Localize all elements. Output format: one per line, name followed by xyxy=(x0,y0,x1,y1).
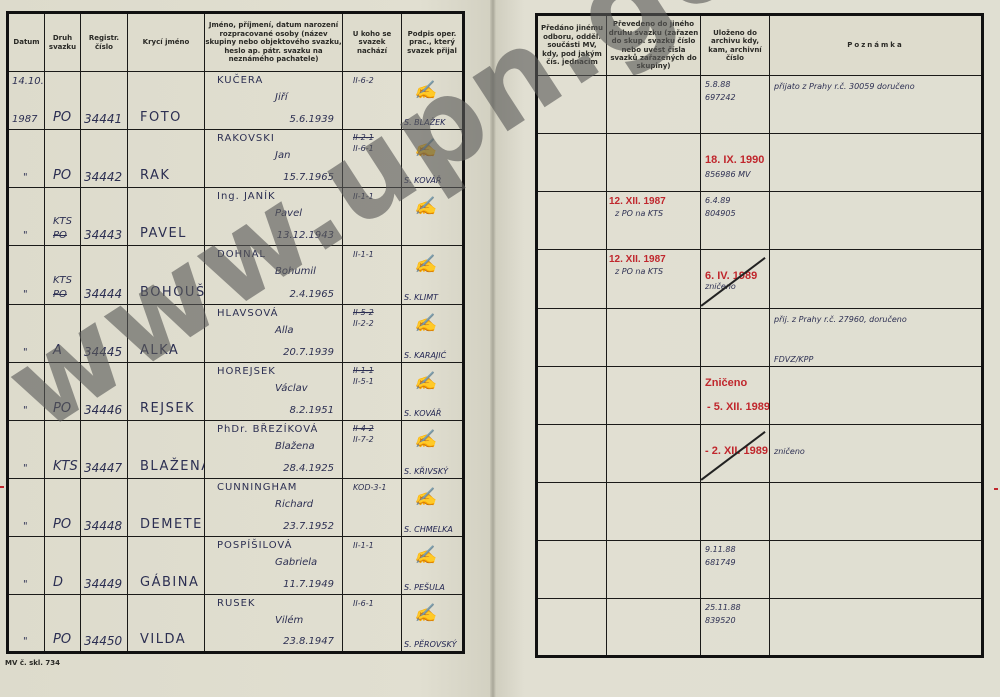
druh: PO xyxy=(53,168,71,183)
registr-number: 34443 xyxy=(84,228,122,242)
signature-icon: ✍ xyxy=(414,254,436,275)
cell-jmeno: RUSEKVilém23.8.1947 xyxy=(205,595,343,653)
cell-datum: 14.10.1987 xyxy=(8,72,45,130)
cell-ulozeno: 25.11.88839520 xyxy=(701,599,770,657)
druh: A xyxy=(53,343,62,358)
cell-jmeno: Ing. JANÍKPavel13.12.1943 xyxy=(205,188,343,246)
ledger-row: - 2. XII. 1989zničeno xyxy=(537,425,983,483)
location: II-6-2 xyxy=(353,76,374,85)
cell-poznamka xyxy=(770,367,983,425)
kryci-jmeno: GÁBINA xyxy=(140,575,199,590)
cell-kryci: FOTO xyxy=(128,72,205,130)
kryci-jmeno: BLAŽENA xyxy=(140,459,205,474)
cell-u-koho: II-1-1 xyxy=(343,246,402,305)
registr-number: 34447 xyxy=(84,461,122,475)
cell-u-koho: II-1-1II-5-1 xyxy=(343,363,402,421)
archive-number: 839520 xyxy=(705,616,736,625)
cell-prevedeno xyxy=(607,367,701,425)
location: II-6-1 xyxy=(353,599,374,608)
cell-podpis: ✍S. KOVÁŘ xyxy=(402,363,464,421)
surname: RAKOVSKI xyxy=(217,133,275,144)
cell-datum: " xyxy=(8,479,45,537)
margin-mark xyxy=(994,488,998,490)
cell-predano xyxy=(537,76,607,134)
cell-kryci: BOHOUŠ xyxy=(128,246,205,305)
ledger-row: "A34445ALKAHLAVSOVÁAlla20.7.1939II-5-2II… xyxy=(8,305,464,363)
cell-podpis: ✍S. KLIMT xyxy=(402,246,464,305)
officer-name: S. CHMELKA xyxy=(404,525,453,534)
surname: Ing. JANÍK xyxy=(217,191,276,202)
archive-number: 681749 xyxy=(705,558,736,567)
cell-prevedeno xyxy=(607,134,701,192)
registr-number: 34444 xyxy=(84,287,122,301)
cell-poznamka: přij. z Prahy r.č. 27960, doručenoFDVZ/K… xyxy=(770,309,983,367)
cell-podpis: ✍S. CHMELKA xyxy=(402,479,464,537)
form-number: MV č. skl. 734 xyxy=(5,659,60,667)
ledger-row: 12. XII. 1987z PO na KTS6. IV. 1989zniče… xyxy=(537,250,983,309)
given-name: Pavel xyxy=(275,208,302,219)
margin-mark xyxy=(0,486,4,488)
registr-number: 34446 xyxy=(84,403,122,417)
cell-prevedeno xyxy=(607,599,701,657)
datum-day: 14.10. xyxy=(12,76,44,87)
cell-podpis: ✍S. PĚROVSKÝ xyxy=(402,595,464,653)
header-predano: Předáno jinému odboru, odděl. součásti M… xyxy=(537,15,607,76)
surname: HLAVSOVÁ xyxy=(217,308,278,319)
cell-registr: 34441 xyxy=(81,72,128,130)
registr-number: 34449 xyxy=(84,577,122,591)
cell-prevedeno xyxy=(607,541,701,599)
header-podpis: Podpis oper. prac., který svazek přijal xyxy=(402,13,464,72)
ledger-row: "PO34442RAKRAKOVSKIJan15.7.1965II-2-1II-… xyxy=(8,130,464,188)
cell-ulozeno: 6. IV. 1989zničeno xyxy=(701,250,770,309)
location: II-5-1 xyxy=(353,377,374,386)
cell-datum: " xyxy=(8,188,45,246)
cell-poznamka xyxy=(770,483,983,541)
cell-druh: KTS xyxy=(45,421,81,479)
cell-druh: PO xyxy=(45,595,81,653)
cell-datum: " xyxy=(8,421,45,479)
cell-poznamka xyxy=(770,250,983,309)
datum-year: " xyxy=(23,289,28,300)
note: přij. z Prahy r.č. 27960, doručeno xyxy=(774,315,907,324)
location-old: II-2-1 xyxy=(353,133,374,142)
druh: PO xyxy=(53,517,71,532)
header-jmeno: Jméno, příjmení, datum narození rozpraco… xyxy=(205,13,343,72)
location: II-1-1 xyxy=(353,192,374,201)
datum-year: 1987 xyxy=(12,114,37,125)
cell-jmeno: CUNNINGHAMRichard23.7.1952 xyxy=(205,479,343,537)
given-name: Gabriela xyxy=(275,557,317,568)
registr-number: 34448 xyxy=(84,519,122,533)
given-name: Blažena xyxy=(275,441,315,452)
cell-druh: D xyxy=(45,537,81,595)
druh: KTS xyxy=(53,459,78,474)
cell-poznamka xyxy=(770,541,983,599)
cell-druh: PO xyxy=(45,363,81,421)
birth-date: 23.8.1947 xyxy=(283,636,334,647)
location: II-1-1 xyxy=(353,250,374,259)
cell-podpis: ✍S. KŘIVSKÝ xyxy=(402,421,464,479)
birth-date: 15.7.1965 xyxy=(283,172,334,183)
cell-prevedeno: 12. XII. 1987z PO na KTS xyxy=(607,250,701,309)
registr-number: 34445 xyxy=(84,345,122,359)
surname: HOREJSEK xyxy=(217,366,276,377)
cell-jmeno: KUČERAJiří5.6.1939 xyxy=(205,72,343,130)
location: KOD-3-1 xyxy=(353,483,386,492)
surname: PhDr. BŘEZÍKOVÁ xyxy=(217,424,318,435)
cell-poznamka: zničeno xyxy=(770,425,983,483)
surname: DOHNAL xyxy=(217,249,266,260)
cell-jmeno: RAKOVSKIJan15.7.1965 xyxy=(205,130,343,188)
birth-date: 11.7.1949 xyxy=(283,579,334,590)
archive-date: 9.11.88 xyxy=(705,545,736,554)
cell-predano xyxy=(537,367,607,425)
cell-jmeno: POSPÍŠILOVÁGabriela11.7.1949 xyxy=(205,537,343,595)
ledger-row: 18. IX. 1990856986 MV xyxy=(537,134,983,192)
druh: D xyxy=(53,575,63,590)
cell-podpis: ✍S. KARAJIĆ xyxy=(402,305,464,363)
signature-icon: ✍ xyxy=(414,80,436,101)
kryci-jmeno: BOHOUŠ xyxy=(140,285,205,300)
transfer-note: z PO na KTS xyxy=(615,209,663,218)
cell-predano xyxy=(537,541,607,599)
archive-stamp: 18. IX. 1990 xyxy=(705,154,764,166)
given-name: Richard xyxy=(275,499,313,510)
kryci-jmeno: PAVEL xyxy=(140,226,187,241)
birth-date: 2.4.1965 xyxy=(289,289,334,300)
surname: POSPÍŠILOVÁ xyxy=(217,540,292,551)
cell-registr: 34443 xyxy=(81,188,128,246)
birth-date: 23.7.1952 xyxy=(283,521,334,532)
location-old: II-4-2 xyxy=(353,424,374,433)
header-prevedeno: Převedeno do jiného druhu svazku (zařaze… xyxy=(607,15,701,76)
surname: RUSEK xyxy=(217,598,256,609)
druh-new: KTS xyxy=(53,216,72,227)
given-name: Vilém xyxy=(275,615,303,626)
archive-number: 804905 xyxy=(705,209,736,218)
datum-year: " xyxy=(23,579,28,590)
book-gutter xyxy=(490,0,496,697)
cell-prevedeno xyxy=(607,309,701,367)
birth-date: 13.12.1943 xyxy=(277,230,334,241)
datum-year: " xyxy=(23,405,28,416)
druh-new: KTS xyxy=(53,275,72,286)
cell-jmeno: HLAVSOVÁAlla20.7.1939 xyxy=(205,305,343,363)
left-ledger-table: Datum Druh svazku Registr. číslo Krycí j… xyxy=(6,11,465,654)
cell-u-koho: II-1-1 xyxy=(343,188,402,246)
cell-kryci: REJSEK xyxy=(128,363,205,421)
cell-predano xyxy=(537,309,607,367)
location: II-2-2 xyxy=(353,319,374,328)
cell-predano xyxy=(537,192,607,250)
cell-poznamka xyxy=(770,599,983,657)
location-old: II-5-2 xyxy=(353,308,374,317)
archive-date: - 5. XII. 1989 xyxy=(707,401,770,413)
cell-registr: 34442 xyxy=(81,130,128,188)
header-ulozeno: Uloženo do archivu kdy, kam, archivní čí… xyxy=(701,15,770,76)
officer-name: S. PĚROVSKÝ xyxy=(404,640,457,649)
birth-date: 8.2.1951 xyxy=(289,405,334,416)
datum-year: " xyxy=(23,463,28,474)
given-name: Jan xyxy=(275,150,290,161)
cell-predano xyxy=(537,250,607,309)
cell-registr: 34444 xyxy=(81,246,128,305)
location-old: II-1-1 xyxy=(353,366,374,375)
archive-date: 6.4.89 xyxy=(705,196,730,205)
ledger-row: 9.11.88681749 xyxy=(537,541,983,599)
header-druh-svazku: Druh svazku xyxy=(45,13,81,72)
cell-podpis: ✍ xyxy=(402,188,464,246)
header-poznamka: Poznámka xyxy=(770,15,983,76)
cell-poznamka xyxy=(770,192,983,250)
cell-registr: 34447 xyxy=(81,421,128,479)
transfer-stamp: 12. XII. 1987 xyxy=(609,196,666,207)
druh: PO xyxy=(53,632,71,647)
cell-druh: KTSPO xyxy=(45,188,81,246)
ledger-row: "PO34448DEMETER 87CUNNINGHAMRichard23.7.… xyxy=(8,479,464,537)
cell-druh: PO xyxy=(45,479,81,537)
cell-jmeno: PhDr. BŘEZÍKOVÁBlažena28.4.1925 xyxy=(205,421,343,479)
ledger-row: "PO34450VILDARUSEKVilém23.8.1947II-6-1✍S… xyxy=(8,595,464,653)
archive-number: 856986 MV xyxy=(705,170,750,179)
cell-prevedeno xyxy=(607,425,701,483)
signature-icon: ✍ xyxy=(414,313,436,334)
registr-number: 34441 xyxy=(84,112,122,126)
note: zničeno xyxy=(774,447,805,456)
kryci-jmeno: VILDA xyxy=(140,632,186,647)
ledger-row xyxy=(537,483,983,541)
cell-datum: " xyxy=(8,363,45,421)
note: přijato z Prahy r.č. 30059 doručeno xyxy=(774,82,915,91)
birth-date: 5.6.1939 xyxy=(289,114,334,125)
header-kryci-jmeno: Krycí jméno xyxy=(128,13,205,72)
cell-ulozeno: 6.4.89804905 xyxy=(701,192,770,250)
officer-name: S. KOVÁŘ xyxy=(404,409,441,418)
cell-ulozeno: Zničeno- 5. XII. 1989 xyxy=(701,367,770,425)
ledger-row: přij. z Prahy r.č. 27960, doručenoFDVZ/K… xyxy=(537,309,983,367)
cell-podpis: ✍S. BLAŽEK xyxy=(402,72,464,130)
officer-name: S. KOVÁŘ xyxy=(404,176,441,185)
cell-predano xyxy=(537,599,607,657)
signature-icon: ✍ xyxy=(414,138,436,159)
ledger-row: "D34449GÁBINAPOSPÍŠILOVÁGabriela11.7.194… xyxy=(8,537,464,595)
signature-icon: ✍ xyxy=(414,429,436,450)
location: II-6-1 xyxy=(353,144,374,153)
signature-icon: ✍ xyxy=(414,196,436,217)
cell-predano xyxy=(537,483,607,541)
cell-kryci: BLAŽENA xyxy=(128,421,205,479)
druh-struck: PO xyxy=(53,289,67,300)
signature-icon: ✍ xyxy=(414,487,436,508)
given-name: Jiří xyxy=(275,92,288,103)
archive-stamp: 6. IV. 1989 xyxy=(705,270,757,282)
archive-number: 697242 xyxy=(705,93,736,102)
location: II-1-1 xyxy=(353,541,374,550)
cell-registr: 34446 xyxy=(81,363,128,421)
cell-u-koho: KOD-3-1 xyxy=(343,479,402,537)
signature-icon: ✍ xyxy=(414,545,436,566)
archive-date: 25.11.88 xyxy=(705,603,741,612)
cell-u-koho: II-6-2 xyxy=(343,72,402,130)
header-registr-cislo: Registr. číslo xyxy=(81,13,128,72)
cell-kryci: GÁBINA xyxy=(128,537,205,595)
cell-registr: 34450 xyxy=(81,595,128,653)
birth-date: 28.4.1925 xyxy=(283,463,334,474)
ledger-row: "KTSPO34444BOHOUŠDOHNALBohumil2.4.1965II… xyxy=(8,246,464,305)
kryci-jmeno: DEMETER 87 xyxy=(140,517,205,532)
officer-name: S. PEŠULA xyxy=(404,583,445,592)
officer-name: S. BLAŽEK xyxy=(404,118,445,127)
cell-kryci: VILDA xyxy=(128,595,205,653)
cell-u-koho: II-5-2II-2-2 xyxy=(343,305,402,363)
cell-prevedeno: 12. XII. 1987z PO na KTS xyxy=(607,192,701,250)
cell-jmeno: DOHNALBohumil2.4.1965 xyxy=(205,246,343,305)
druh-struck: PO xyxy=(53,230,67,241)
cell-datum: " xyxy=(8,595,45,653)
cell-u-koho: II-4-2II-7-2 xyxy=(343,421,402,479)
right-ledger-table: Předáno jinému odboru, odděl. součásti M… xyxy=(535,13,984,658)
cell-poznamka: přijato z Prahy r.č. 30059 doručeno xyxy=(770,76,983,134)
given-name: Bohumil xyxy=(275,266,316,277)
given-name: Alla xyxy=(275,325,294,336)
registr-number: 34450 xyxy=(84,634,122,648)
cell-predano xyxy=(537,134,607,192)
datum-year: " xyxy=(23,521,28,532)
cell-podpis: ✍S. PEŠULA xyxy=(402,537,464,595)
archive-stamp: Zničeno xyxy=(705,377,747,389)
surname: KUČERA xyxy=(217,75,263,86)
officer-name: S. KLIMT xyxy=(404,293,438,302)
signature-icon: ✍ xyxy=(414,603,436,624)
transfer-stamp: 12. XII. 1987 xyxy=(609,254,666,265)
datum-year: " xyxy=(23,347,28,358)
transfer-note: z PO na KTS xyxy=(615,267,663,276)
datum-year: " xyxy=(23,230,28,241)
datum-year: " xyxy=(23,172,28,183)
cell-prevedeno xyxy=(607,76,701,134)
note-secondary: FDVZ/KPP xyxy=(774,355,813,364)
cell-druh: PO xyxy=(45,130,81,188)
cell-kryci: DEMETER 87 xyxy=(128,479,205,537)
cell-jmeno: HOREJSEKVáclav8.2.1951 xyxy=(205,363,343,421)
cell-datum: " xyxy=(8,305,45,363)
header-u-koho: U koho se svazek nachází xyxy=(343,13,402,72)
ledger-row: 25.11.88839520 xyxy=(537,599,983,657)
ledger-row: 5.8.88697242přijato z Prahy r.č. 30059 d… xyxy=(537,76,983,134)
cell-registr: 34449 xyxy=(81,537,128,595)
kryci-jmeno: ALKA xyxy=(140,343,179,358)
officer-name: S. KARAJIĆ xyxy=(404,351,446,360)
given-name: Václav xyxy=(275,383,308,394)
cell-druh: KTSPO xyxy=(45,246,81,305)
signature-icon: ✍ xyxy=(414,371,436,392)
ledger-row: 12. XII. 1987z PO na KTS6.4.89804905 xyxy=(537,192,983,250)
kryci-jmeno: REJSEK xyxy=(140,401,195,416)
cell-registr: 34445 xyxy=(81,305,128,363)
ledger-row: "PO34446REJSEKHOREJSEKVáclav8.2.1951II-1… xyxy=(8,363,464,421)
cell-ulozeno xyxy=(701,309,770,367)
cell-ulozeno: 18. IX. 1990856986 MV xyxy=(701,134,770,192)
archive-date: 5.8.88 xyxy=(705,80,730,89)
cell-ulozeno xyxy=(701,483,770,541)
cell-datum: " xyxy=(8,130,45,188)
cell-datum: " xyxy=(8,246,45,305)
cell-u-koho: II-6-1 xyxy=(343,595,402,653)
ledger-row: 14.10.1987PO34441FOTOKUČERAJiří5.6.1939I… xyxy=(8,72,464,130)
ledger-row: "KTS34447BLAŽENAPhDr. BŘEZÍKOVÁBlažena28… xyxy=(8,421,464,479)
cell-u-koho: II-1-1 xyxy=(343,537,402,595)
cell-datum: " xyxy=(8,537,45,595)
header-datum: Datum xyxy=(8,13,45,72)
cell-ulozeno: 9.11.88681749 xyxy=(701,541,770,599)
kryci-jmeno: RAK xyxy=(140,168,170,183)
cell-kryci: ALKA xyxy=(128,305,205,363)
birth-date: 20.7.1939 xyxy=(283,347,334,358)
druh: PO xyxy=(53,401,71,416)
ledger-row: "KTSPO34443PAVELIng. JANÍKPavel13.12.194… xyxy=(8,188,464,246)
registr-number: 34442 xyxy=(84,170,122,184)
druh: PO xyxy=(53,110,71,125)
cell-poznamka xyxy=(770,134,983,192)
cell-druh: PO xyxy=(45,72,81,130)
officer-name: S. KŘIVSKÝ xyxy=(404,467,448,476)
kryci-jmeno: FOTO xyxy=(140,110,182,125)
cell-u-koho: II-2-1II-6-1 xyxy=(343,130,402,188)
datum-year: " xyxy=(23,636,28,647)
surname: CUNNINGHAM xyxy=(217,482,297,493)
cell-podpis: ✍S. KOVÁŘ xyxy=(402,130,464,188)
cell-predano xyxy=(537,425,607,483)
ledger-row: Zničeno- 5. XII. 1989 xyxy=(537,367,983,425)
cell-kryci: RAK xyxy=(128,130,205,188)
cell-prevedeno xyxy=(607,483,701,541)
cell-registr: 34448 xyxy=(81,479,128,537)
cell-kryci: PAVEL xyxy=(128,188,205,246)
cell-ulozeno: 5.8.88697242 xyxy=(701,76,770,134)
cell-ulozeno: - 2. XII. 1989 xyxy=(701,425,770,483)
cell-druh: A xyxy=(45,305,81,363)
location: II-7-2 xyxy=(353,435,374,444)
